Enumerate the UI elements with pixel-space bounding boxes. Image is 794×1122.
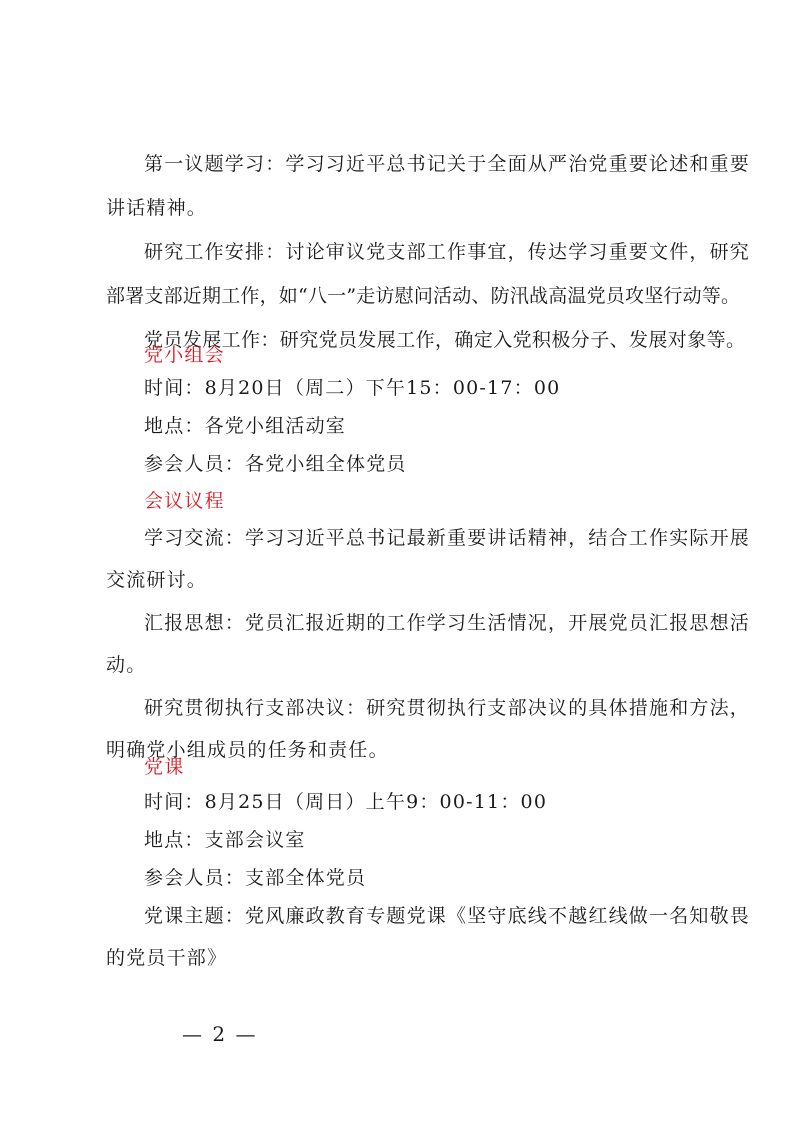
lecture-topic: 党课主题：党风廉政教育专题党课《坚守底线不越红线做一名知敬畏 bbox=[144, 904, 750, 928]
group-meeting-time: 时间：8月20日（周二）下午15：00-17：00 bbox=[144, 376, 560, 400]
page-number: — 2 — bbox=[182, 1022, 257, 1046]
lecture-topic-cont: 的党员干部》 bbox=[106, 946, 227, 970]
agenda-thought-report-cont: 动。 bbox=[106, 653, 146, 677]
paragraph-first-topic-study-cont: 讲话精神。 bbox=[106, 196, 207, 220]
paragraph-member-development: 党员发展工作：研究党员发展工作，确定入党积极分子、发展对象等。 bbox=[144, 328, 745, 352]
paragraph-work-arrangement: 研究工作安排：讨论审议党支部工作事宜，传达学习重要文件，研究 bbox=[144, 240, 750, 264]
paragraph-work-arrangement-cont: 部署支部近期工作，如“八一”走访慰问活动、防汛战高温党员攻坚行动等。 bbox=[106, 284, 740, 308]
group-meeting-attendees: 参会人员：各党小组全体党员 bbox=[144, 452, 407, 476]
section-heading-party-group-meeting: 党小组会 bbox=[144, 343, 225, 367]
paragraph-first-topic-study: 第一议题学习：学习习近平总书记关于全面从严治党重要论述和重要 bbox=[144, 152, 750, 176]
agenda-study-exchange: 学习交流：学习习近平总书记最新重要讲话精神，结合工作实际开展 bbox=[144, 526, 750, 550]
lecture-location: 地点：支部会议室 bbox=[144, 828, 306, 852]
agenda-study-exchange-cont: 交流研讨。 bbox=[106, 568, 207, 592]
section-heading-agenda: 会议议程 bbox=[144, 489, 225, 513]
lecture-time: 时间：8月25日（周日）上午9：00-11：00 bbox=[144, 790, 547, 814]
agenda-thought-report: 汇报思想：党员汇报近期的工作学习生活情况，开展党员汇报思想活 bbox=[144, 611, 750, 635]
agenda-implement-resolution: 研究贯彻执行支部决议：研究贯彻执行支部决议的具体措施和方法， bbox=[144, 696, 750, 720]
section-heading-party-lecture: 党课 bbox=[144, 755, 184, 779]
group-meeting-location: 地点：各党小组活动室 bbox=[144, 414, 346, 438]
lecture-attendees: 参会人员：支部全体党员 bbox=[144, 866, 366, 890]
document-page: 第一议题学习：学习习近平总书记关于全面从严治党重要论述和重要 讲话精神。 研究工… bbox=[0, 0, 794, 1122]
